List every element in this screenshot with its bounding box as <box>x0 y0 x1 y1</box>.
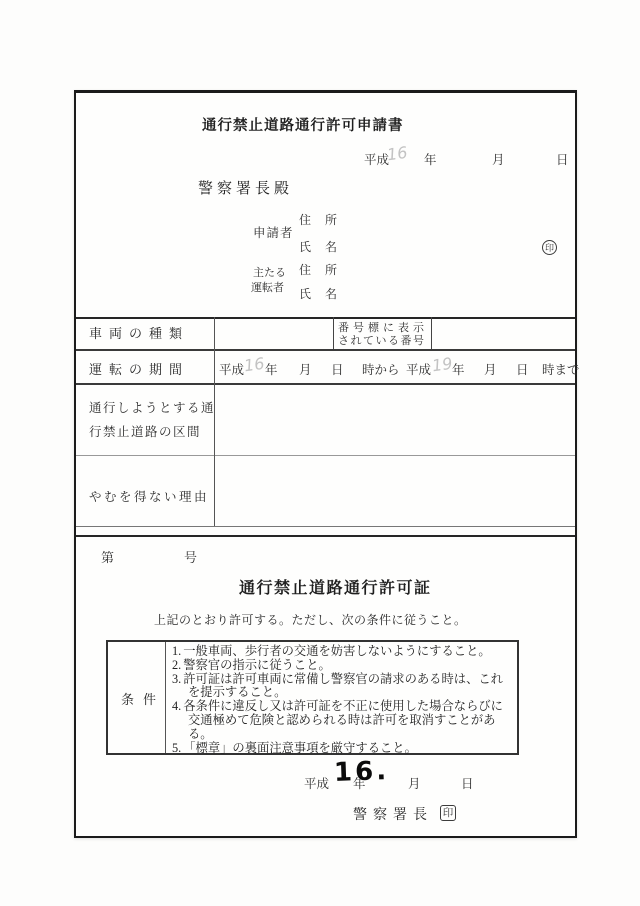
app-date-era: 平成 <box>364 150 389 168</box>
table-rule-row2-bottom <box>76 383 575 385</box>
condition-item: 警察官の指示に従うこと。 <box>172 659 512 673</box>
vehicle-row-divider-2 <box>431 317 432 349</box>
period-from-era: 平成 <box>219 360 244 378</box>
applicant-address-label: 住所 <box>299 211 351 228</box>
driver-name-label: 氏名 <box>299 285 351 302</box>
permit-note: 上記のとおり許可する。ただし、次の条件に従うこと。 <box>154 611 467 628</box>
driver-label-line2: 運転者 <box>251 279 284 295</box>
conditions-box: 条件 一般車両、歩行者の交通を妨害しないようにすること。 警察官の指示に従うこと… <box>106 640 519 755</box>
police-chief-seal-icon: 印 <box>440 805 456 821</box>
period-to-month-label: 月 <box>484 360 497 378</box>
conditions-list: 一般車両、歩行者の交通を妨害しないようにすること。 警察官の指示に従うこと。 許… <box>172 645 512 755</box>
police-chief-signature-label: 警察署長 <box>353 804 433 824</box>
period-label: 運転の期間 <box>89 359 189 378</box>
form-sheet: 通行禁止道路通行許可申請書 平成 16 年 月 日 警察署長殿 申請者 住所 氏… <box>74 90 577 838</box>
table-rule-row1-bottom <box>76 349 575 351</box>
period-to-era: 平成 <box>406 360 431 378</box>
road-section-label-line2: 行禁止道路の区間 <box>89 422 201 440</box>
reason-label: やむを得ない理由 <box>89 487 209 505</box>
applicant-name-label: 氏名 <box>299 238 351 255</box>
scanned-form-page: 通行禁止道路通行許可申請書 平成 16 年 月 日 警察署長殿 申請者 住所 氏… <box>0 0 640 906</box>
vehicle-type-label: 車両の種類 <box>89 323 189 342</box>
period-from-day-label: 日 <box>331 360 344 378</box>
period-from-year-label: 年 <box>265 360 278 378</box>
driver-address-label: 住所 <box>299 261 351 278</box>
permit-title: 通行禁止道路通行許可証 <box>239 575 432 598</box>
applicant-label: 申請者 <box>253 223 294 241</box>
table-rule-row3-bottom <box>76 455 575 456</box>
table-label-column-rule <box>214 317 215 526</box>
permit-date-day-label: 日 <box>461 774 474 792</box>
road-section-label-line1: 通行しようとする通 <box>89 398 215 416</box>
applicant-seal-icon: 印 <box>542 240 557 255</box>
permit-number-prefix: 第 <box>101 547 114 566</box>
period-from-year-handwritten: 16 <box>243 354 266 376</box>
period-to-year-handwritten: 19 <box>431 354 454 376</box>
application-title: 通行禁止道路通行許可申請書 <box>202 114 404 135</box>
conditions-label: 条件 <box>121 689 165 708</box>
period-from-suffix: 時から <box>362 360 400 378</box>
condition-item: 各条件に違反し又は許可証を不正に使用した場合ならびに交通極めて危険と認められる時… <box>172 700 512 741</box>
driver-label-line1: 主たる <box>253 264 286 280</box>
period-to-suffix: 時まで <box>542 360 580 378</box>
condition-item: 「標章」の裏面注意事項を厳守すること。 <box>172 742 512 756</box>
table-rule-top <box>76 317 575 319</box>
app-date-year-label: 年 <box>424 150 437 168</box>
period-to-day-label: 日 <box>516 360 529 378</box>
period-from-month-label: 月 <box>299 360 312 378</box>
condition-item: 一般車両、歩行者の交通を妨害しないようにすること。 <box>172 645 512 659</box>
app-date-month-label: 月 <box>492 150 505 168</box>
app-date-day-label: 日 <box>556 150 569 168</box>
permit-number-suffix: 号 <box>184 547 197 566</box>
period-to-year-label: 年 <box>452 360 465 378</box>
condition-item: 許可証は許可車両に常備し警察官の請求のある時は、これを提示すること。 <box>172 673 512 701</box>
section-separator-rule <box>76 535 575 537</box>
app-date-year-handwritten: 16 <box>386 143 409 165</box>
permit-date-month-label: 月 <box>408 774 421 792</box>
permit-date-year-handwritten: 16. <box>333 756 389 788</box>
plate-number-label-line2: されている番号 <box>338 332 426 348</box>
vehicle-row-divider-1 <box>333 317 334 349</box>
permit-date-era: 平成 <box>304 774 329 792</box>
table-rule-row4-bottom <box>76 526 575 527</box>
conditions-divider-rule <box>165 642 166 753</box>
addressee-police-chief: 警察署長殿 <box>198 177 293 198</box>
